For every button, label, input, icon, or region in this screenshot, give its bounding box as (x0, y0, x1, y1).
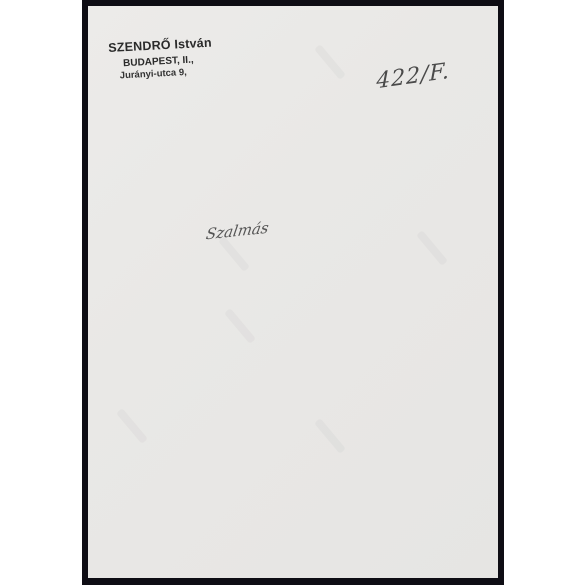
stamp-street: Jurányi-utca 9, (120, 66, 214, 81)
watermark-mark (116, 408, 148, 444)
watermark-mark (218, 236, 250, 272)
inventory-number: 422/F. (376, 59, 450, 95)
watermark-mark (314, 418, 346, 454)
watermark-mark (314, 44, 346, 80)
photo-back-paper: SZENDRŐ István BUDAPEST, II., Jurányi-ut… (88, 6, 498, 578)
stamp-name: SZENDRŐ István (108, 37, 212, 56)
handwritten-signature: Szalmás (205, 219, 270, 244)
scan-frame: SZENDRŐ István BUDAPEST, II., Jurányi-ut… (82, 0, 504, 585)
watermark-mark (416, 230, 448, 266)
watermark-mark (224, 308, 256, 344)
photographer-stamp: SZENDRŐ István BUDAPEST, II., Jurányi-ut… (108, 37, 213, 83)
